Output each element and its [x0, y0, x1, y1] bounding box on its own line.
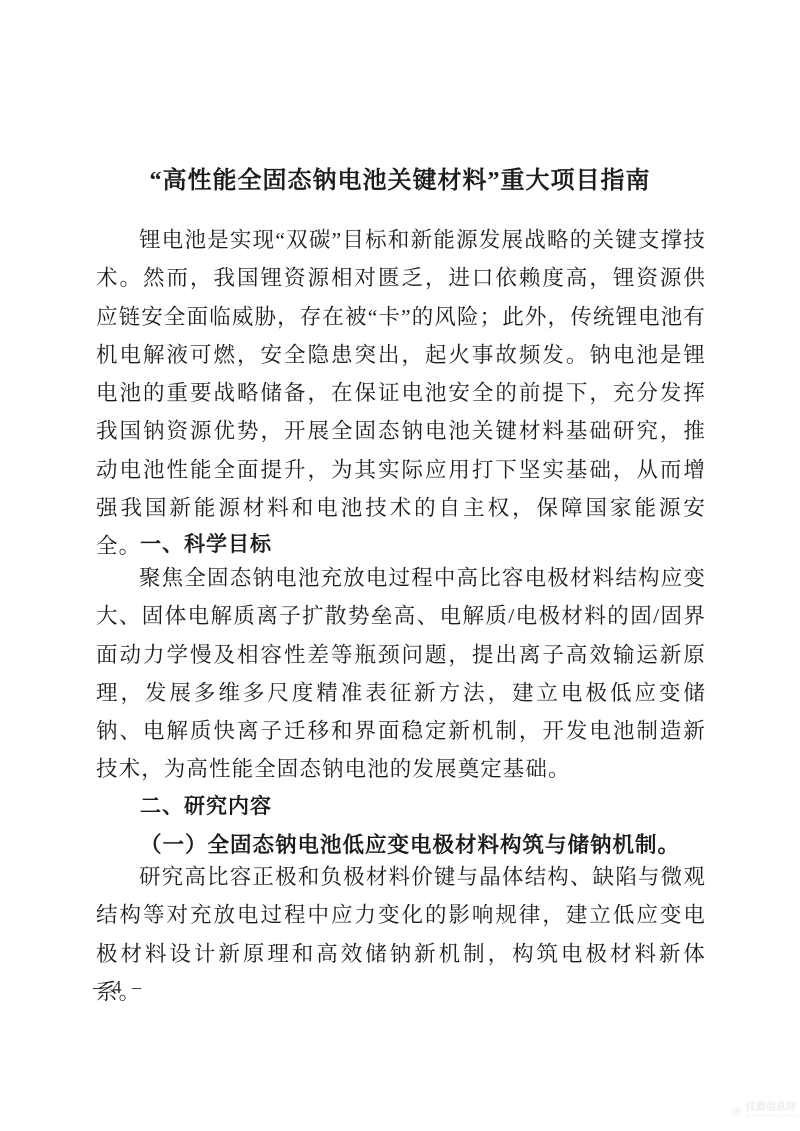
- watermark: ✳ 仪器信息网 instrument.com.cn: [731, 1102, 800, 1119]
- watermark-subtext: instrument.com.cn: [746, 1113, 800, 1119]
- watermark-starburst-icon: ✳: [731, 1104, 743, 1118]
- electrode-materials-paragraph: 研究高比容正极和负极材料价键与晶体结构、缺陷与微观结构等对充放电过程中应力变化的…: [96, 858, 706, 1011]
- intro-paragraph: 锂电池是实现“双碳”目标和新能源发展战略的关键支撑技术。然而，我国锂资源相对匮乏…: [96, 221, 706, 566]
- page-number: – 4 –: [93, 977, 144, 998]
- document-page: “高性能全固态钠电池关键材料”重大项目指南 锂电池是实现“双碳”目标和新能源发展…: [0, 0, 800, 1131]
- document-title: “高性能全固态钠电池关键材料”重大项目指南: [0, 160, 800, 195]
- section-heading-research-content: 二、研究内容: [140, 790, 272, 820]
- watermark-text: 仪器信息网: [746, 1102, 800, 1113]
- section-heading-science-goals: 一、科学目标: [140, 528, 272, 558]
- science-goals-paragraph: 聚焦全固态钠电池充放电过程中高比容电极材料结构应变大、固体电解质离子扩散势垒高、…: [96, 559, 706, 789]
- subsection-heading-electrode-materials: （一）全固态钠电池低应变电极材料构筑与储钠机制。: [140, 828, 706, 859]
